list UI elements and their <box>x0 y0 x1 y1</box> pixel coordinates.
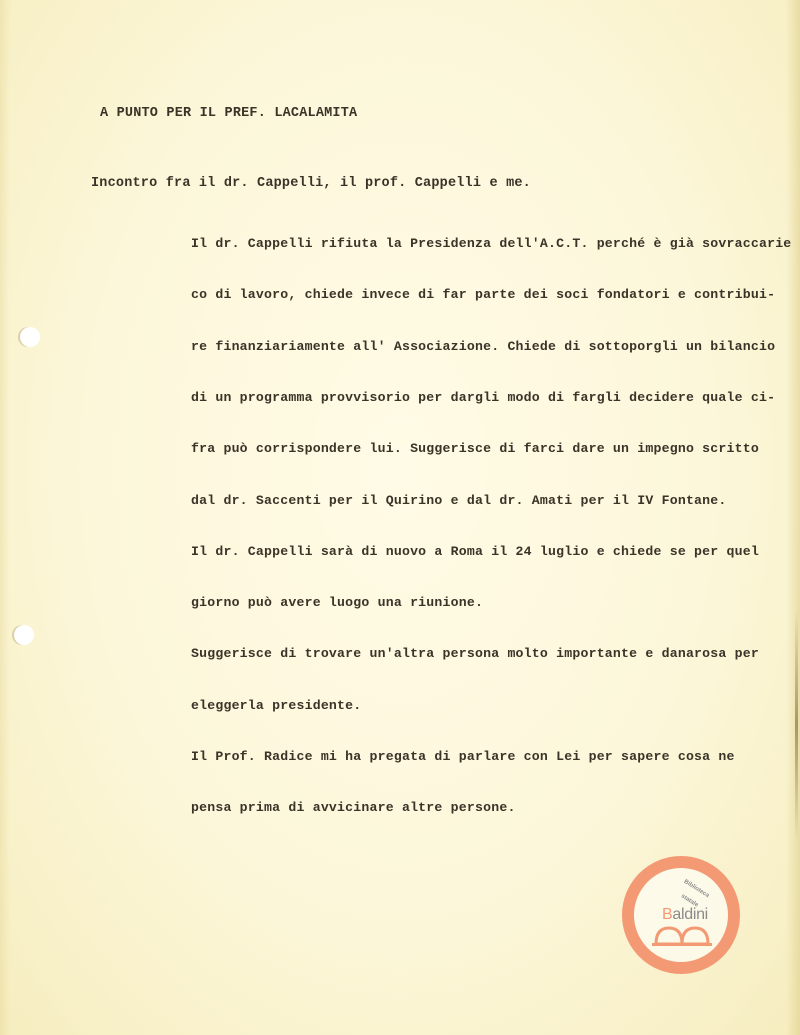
body-line: dal dr. Saccenti per il Quirino e dal dr… <box>191 492 791 509</box>
stamp-initial: B <box>662 906 672 923</box>
document-page: A PUNTO PER IL PREF. LACALAMITA Incontro… <box>0 0 800 1035</box>
document-body: Il dr. Cappelli rifiuta la Presidenza de… <box>191 201 791 851</box>
paper-crease <box>795 610 798 840</box>
stamp-library-name: Baldini <box>662 906 708 924</box>
stamp-name-rest: aldini <box>672 906 708 923</box>
document-subject: Incontro fra il dr. Cappelli, il prof. C… <box>91 176 531 191</box>
body-line: fra può corrispondere lui. Suggerisce di… <box>191 440 791 457</box>
body-line: co di lavoro, chiede invece di far parte… <box>191 286 791 303</box>
body-line: Suggerisce di trovare un'altra persona m… <box>191 645 791 662</box>
punch-hole-icon <box>20 327 40 347</box>
body-line: re finanziariamente all' Associazione. C… <box>191 338 791 355</box>
body-line: Il dr. Cappelli sarà di nuovo a Roma il … <box>191 543 791 560</box>
body-line: giorno può avere luogo una riunione. <box>191 594 791 611</box>
body-line: Il Prof. Radice mi ha pregata di parlare… <box>191 748 791 765</box>
paper-edge-left <box>0 0 10 1035</box>
punch-hole-icon <box>14 625 34 645</box>
open-book-icon <box>652 924 712 946</box>
body-line: pensa prima di avvicinare altre persone. <box>191 799 791 816</box>
document-heading: A PUNTO PER IL PREF. LACALAMITA <box>100 106 357 121</box>
body-line: Il dr. Cappelli rifiuta la Presidenza de… <box>191 235 791 252</box>
library-stamp-logo: Biblioteca statale Baldini <box>622 856 740 974</box>
body-line: eleggerla presidente. <box>191 697 791 714</box>
body-line: di un programma provvisorio per dargli m… <box>191 389 791 406</box>
